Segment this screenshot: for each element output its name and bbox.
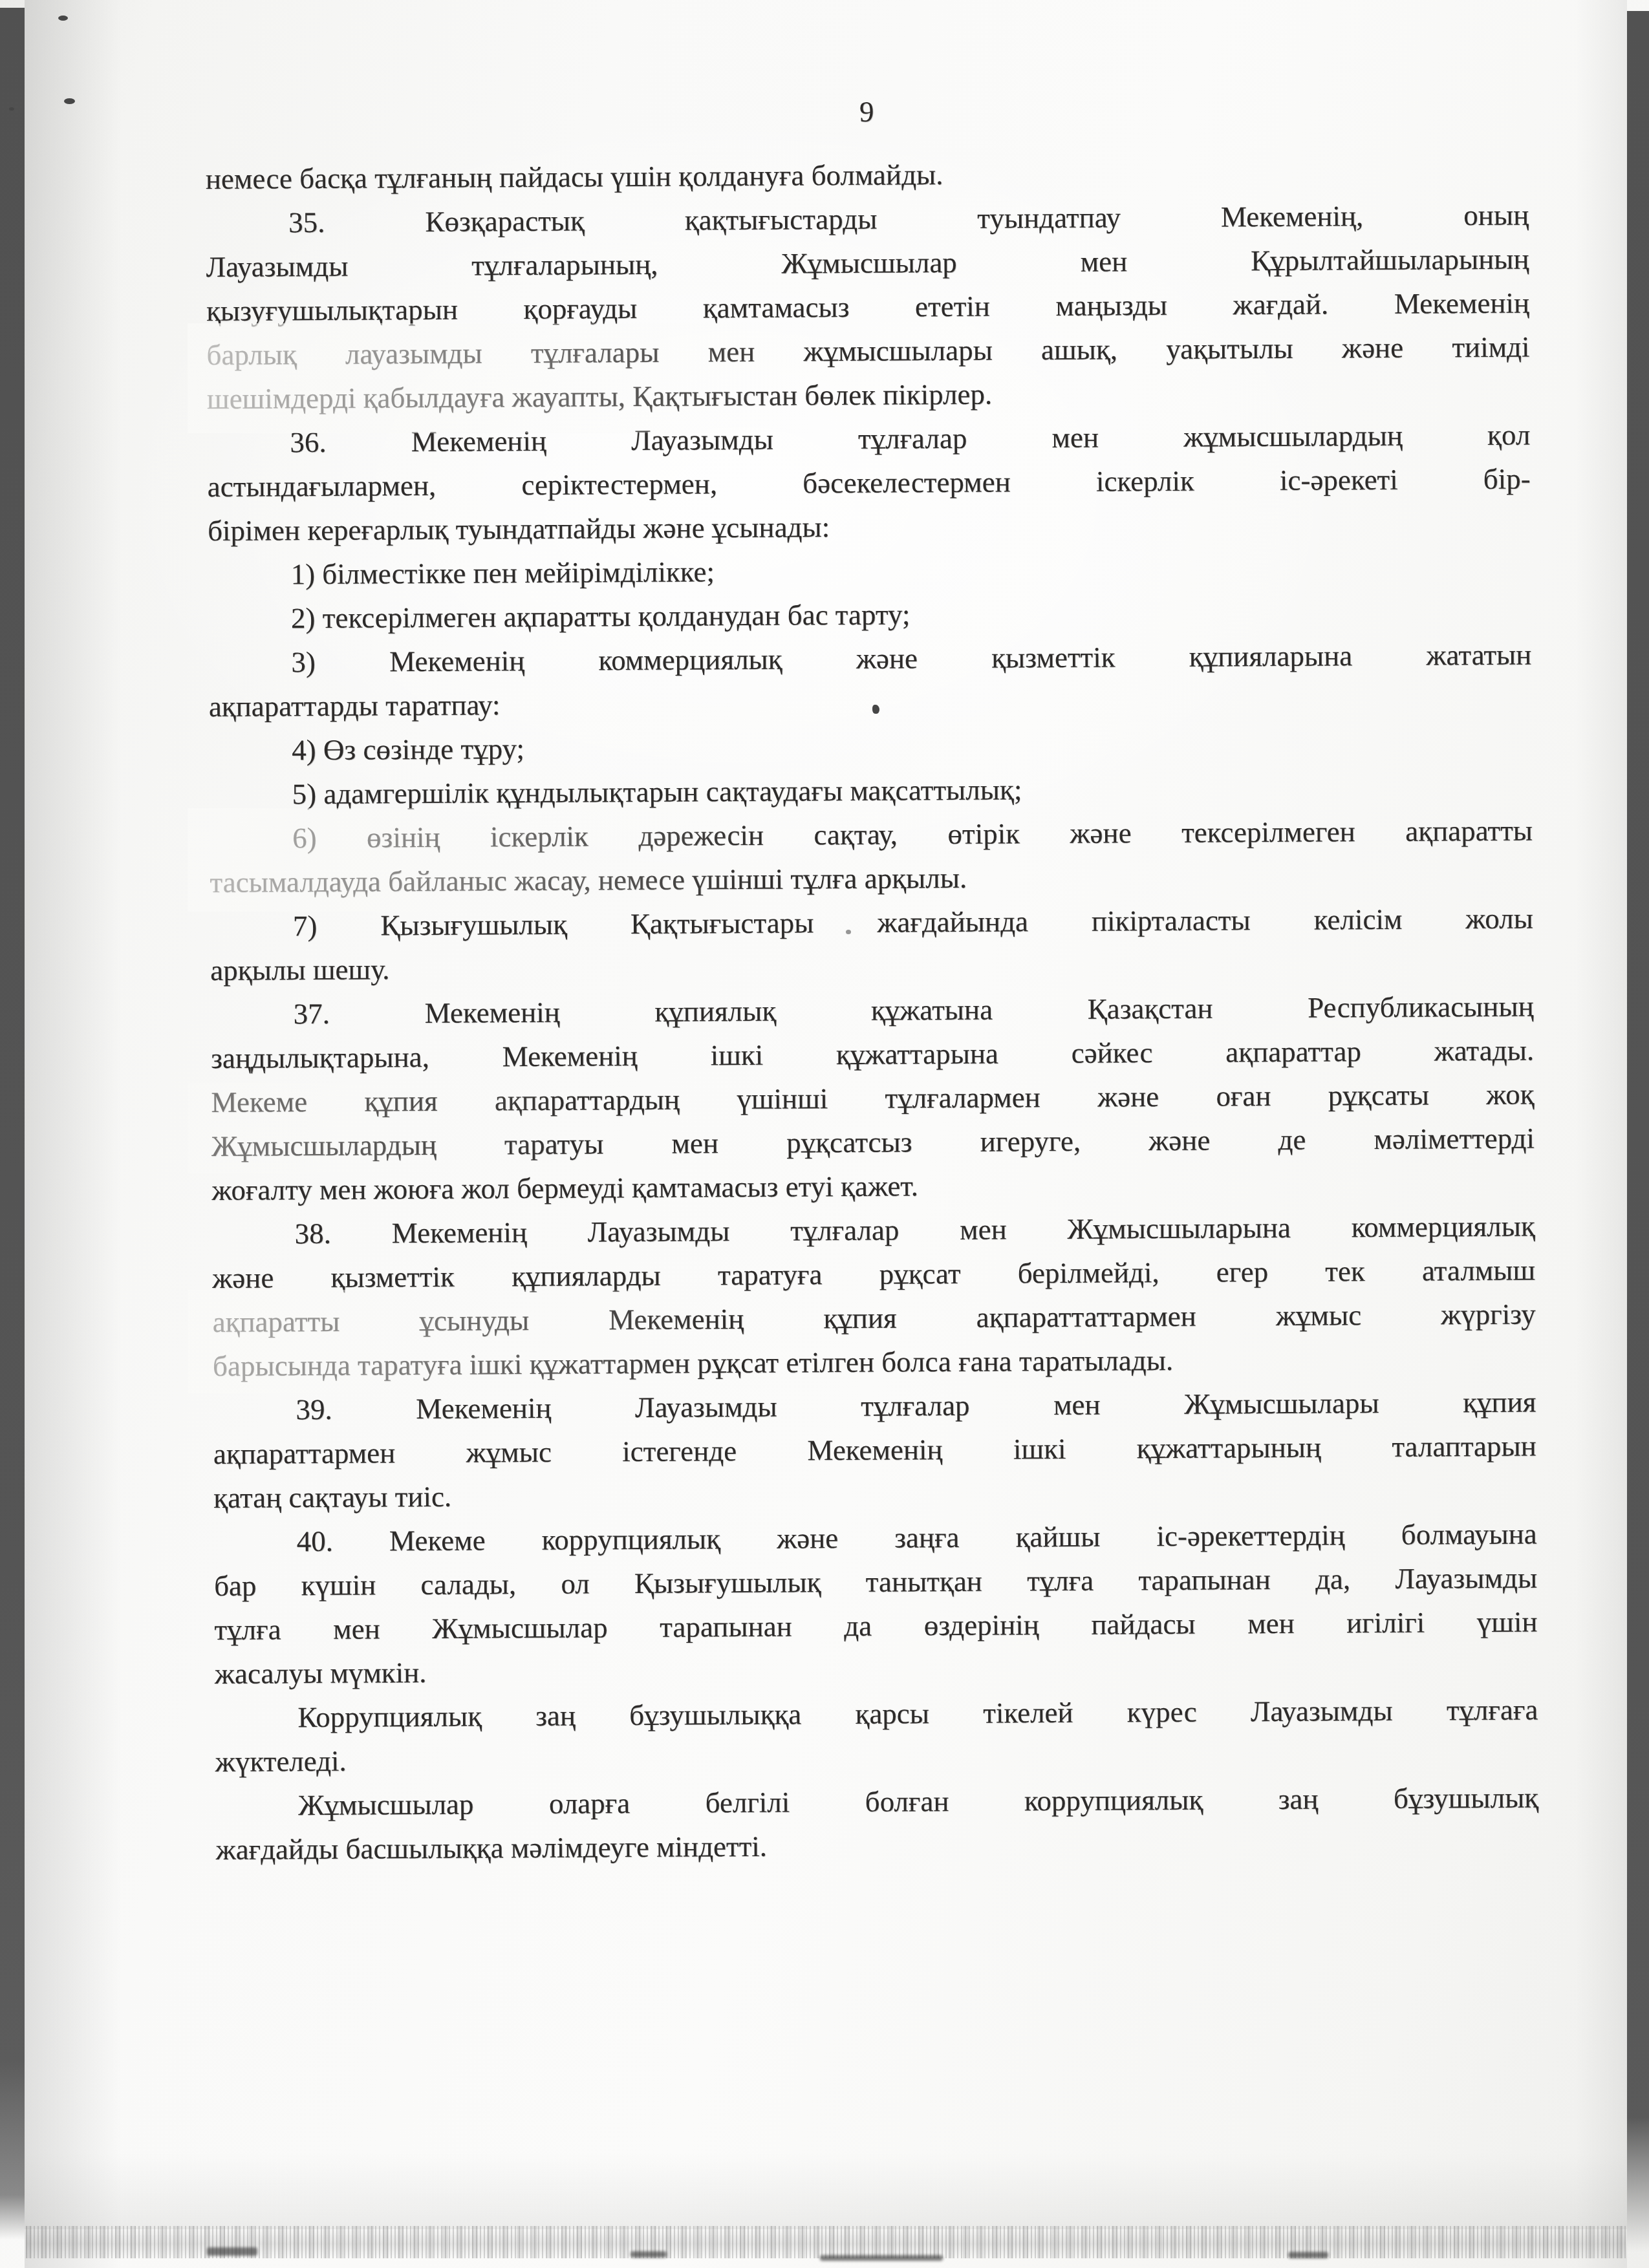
text-line: шешімдерді қабылдауға жауапты, Қақтығыст… (207, 369, 1530, 420)
scan-speck (64, 98, 75, 104)
paragraph: 6) өзінің іскерлік дәрежесін сақтау, өті… (210, 808, 1533, 904)
text-line: 38. Мекеменің Лауазымды тұлғалар мен Жұм… (212, 1204, 1535, 1256)
paragraph: Жұмысшылар оларға белгілі болған коррупц… (215, 1775, 1539, 1871)
text-line: қызуғушылықтарын қорғауды қамтамасыз ете… (206, 281, 1529, 332)
paragraph: 40. Мекеме коррупциялық және заңға қайшы… (213, 1512, 1538, 1695)
text-line: 37. Мекеменің құпиялық құжатына Қазақста… (210, 984, 1533, 1036)
text-line: 5) адамгершілік құндылықтарын сақтаудағы… (209, 764, 1532, 816)
scan-smudge (820, 2255, 943, 2261)
text-line: ақпараттарды таратпау: (209, 676, 1532, 728)
text-line: тұлға мен Жұмысшылар тарапынан да өздері… (214, 1599, 1537, 1651)
scanner-noise-band (26, 2226, 1626, 2258)
text-line: арқылы шешу. (210, 940, 1533, 992)
text-line: жағдайды басшылыққа мәлімдеуге міндетті. (215, 1819, 1538, 1871)
text-line: бірімен кереғарлық туындатпайды және ұсы… (208, 500, 1531, 552)
text-line: 7) Қызығушылық Қақтығыстары жағдайында п… (210, 896, 1533, 948)
scan-speck (9, 107, 14, 111)
text-line: 39. Мекеменің Лауазымды тұлғалар мен Жұм… (213, 1380, 1536, 1431)
paragraph: 37. Мекеменің құпиялық құжатына Қазақста… (210, 984, 1535, 1212)
scan-smudge (207, 2247, 257, 2256)
paragraph: 38. Мекеменің Лауазымды тұлғалар мен Жұм… (212, 1204, 1536, 1387)
scan-speck (58, 16, 68, 21)
text-line: бар күшін салады, ол Қызығушылық танытқа… (214, 1556, 1537, 1607)
text-line: жасалуы мүмкін. (215, 1643, 1538, 1695)
paragraph: немесе басқа тұлғаның пайдасы үшін қолда… (206, 149, 1529, 200)
text-block: 9 немесе басқа тұлғаның пайдасы үшін қол… (205, 86, 1539, 1872)
text-line: ақпаратты ұсынуды Мекеменің құпия ақпара… (212, 1292, 1535, 1343)
paragraph: 4) Өз сөзінде тұру; (209, 720, 1532, 772)
paragraph: 5) адамгершілік құндылықтарын сақтаудағы… (209, 764, 1532, 816)
text-line: Жұмысшылардың таратуы мен рұқсатсыз игер… (211, 1116, 1535, 1168)
text-line: Лауазымды тұлғаларының, Жұмысшылар мен Қ… (206, 237, 1529, 288)
scanner-edge-right (1627, 11, 1649, 2252)
page-shadow-right (1575, 0, 1627, 2268)
paragraph: 7) Қызығушылық Қақтығыстары жағдайында п… (210, 896, 1534, 992)
page-number: 9 (205, 86, 1528, 138)
scan-smudge (630, 2251, 667, 2258)
paragraph: 35. Көзқарастық қақтығыстарды туындатпау… (206, 193, 1530, 420)
scan-smudge (1288, 2252, 1328, 2258)
text-line: 40. Мекеме коррупциялық және заңға қайшы… (213, 1512, 1536, 1563)
text-line: 3) Мекеменің коммерциялық және қызметтік… (208, 632, 1531, 684)
text-line: қатаң сақтауы тиіс. (213, 1468, 1536, 1519)
text-line: заңдылықтарына, Мекеменің ішкі құжаттары… (211, 1028, 1534, 1080)
text-line: 1) білместікке пен мейірімділікке; (208, 544, 1531, 596)
text-line: 2) тексерілмеген ақпаратты қолданудан ба… (208, 588, 1531, 640)
text-line: 35. Көзқарастық қақтығыстарды туындатпау… (206, 193, 1529, 244)
text-line: 36. Мекеменің Лауазымды тұлғалар мен жұм… (207, 412, 1530, 464)
paragraph: Коррупциялық заң бұзушылыққа қарсы тікел… (215, 1687, 1538, 1783)
scanned-document-page: 9 немесе басқа тұлғаның пайдасы үшін қол… (0, 0, 1649, 2268)
text-line: немесе басқа тұлғаның пайдасы үшін қолда… (206, 149, 1529, 200)
text-line: ақпараттармен жұмыс істегенде Мекеменің … (213, 1424, 1536, 1475)
text-line: 4) Өз сөзінде тұру; (209, 720, 1532, 772)
text-line: барлық лауазымды тұлғалары мен жұмысшыла… (206, 325, 1529, 376)
paragraph: 39. Мекеменің Лауазымды тұлғалар мен Жұм… (213, 1380, 1536, 1519)
text-line: жоғалту мен жоюға жол бермеуді қамтамасы… (211, 1160, 1535, 1212)
paragraph: 3) Мекеменің коммерциялық және қызметтік… (208, 632, 1532, 728)
paragraph: 36. Мекеменің Лауазымды тұлғалар мен жұм… (207, 412, 1531, 552)
text-line: және қызметтік құпияларды таратуға рұқса… (212, 1248, 1535, 1300)
text-line: Жұмысшылар оларға белгілі болған коррупц… (215, 1775, 1538, 1827)
page-shadow-left (25, 0, 122, 2268)
text-line: тасымалдауда байланыс жасау, немесе үшін… (210, 852, 1533, 904)
text-line: астындағылармен, серіктестермен, бәсекел… (208, 456, 1531, 508)
paragraph: 2) тексерілмеген ақпаратты қолданудан ба… (208, 588, 1531, 640)
paragraph: 1) білместікке пен мейірімділікке; (208, 544, 1531, 596)
text-line: Коррупциялық заң бұзушылыққа қарсы тікел… (215, 1687, 1538, 1739)
text-line: жүктеледі. (215, 1731, 1538, 1783)
text-line: барысында таратуға ішкі құжаттармен рұқс… (213, 1336, 1536, 1387)
scanner-edge-left (0, 8, 25, 2240)
bottom-shade (25, 2153, 1627, 2229)
text-line: Мекеме құпия ақпараттардың үшінші тұлғал… (211, 1072, 1534, 1124)
text-line: 6) өзінің іскерлік дәрежесін сақтау, өті… (210, 808, 1533, 860)
